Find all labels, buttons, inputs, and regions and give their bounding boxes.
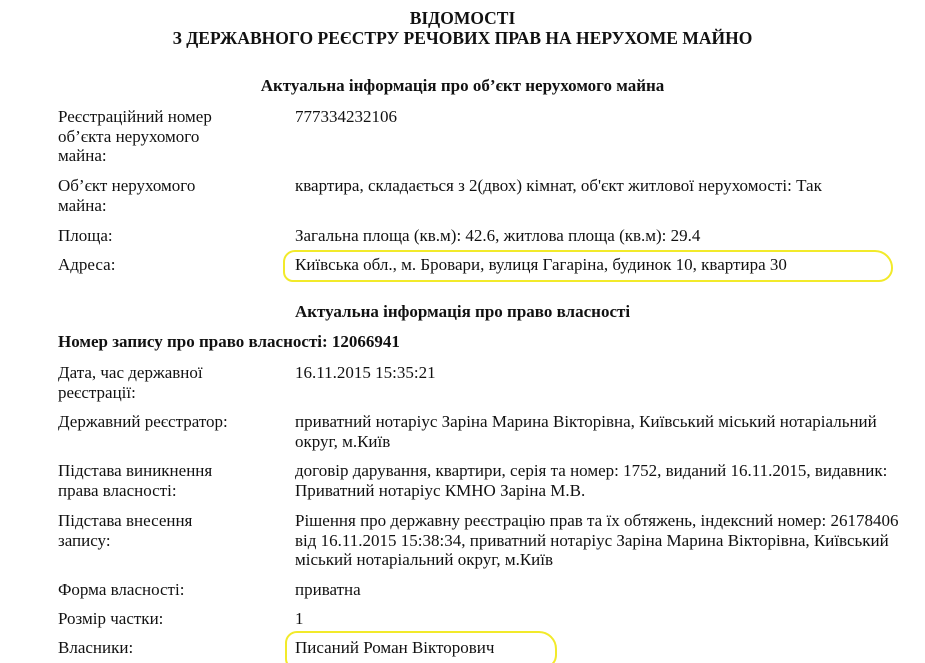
field-label: Реєстраційний номер об’єкта нерухомого м… xyxy=(58,107,248,166)
field-value: Загальна площа (кв.м): 42.6, житлова пло… xyxy=(295,226,905,246)
field-value: Писаний Роман Вікторович xyxy=(295,638,905,658)
field-label: Дата, час державної реєстрації: xyxy=(58,363,243,402)
object-section-heading: Актуальна інформація про об’єкт нерухомо… xyxy=(0,76,925,96)
field-label: Форма власності: xyxy=(58,580,278,600)
title-line-2: З ДЕРЖАВНОГО РЕЄСТРУ РЕЧОВИХ ПРАВ НА НЕР… xyxy=(0,28,925,48)
field-label: Площа: xyxy=(58,226,278,246)
ownership-record-number: Номер запису про право власності: 120669… xyxy=(58,332,400,352)
field-value: квартира, складається з 2(двох) кімнат, … xyxy=(295,176,905,196)
field-value: 16.11.2015 15:35:21 xyxy=(295,363,905,383)
field-label: Власники: xyxy=(58,638,278,658)
field-label: Підстава виникнення права власності: xyxy=(58,461,248,500)
field-value: приватний нотаріус Заріна Марина Вікторі… xyxy=(295,412,905,451)
field-value: приватна xyxy=(295,580,905,600)
field-value: договір дарування, квартири, серія та но… xyxy=(295,461,905,500)
field-value: 1 xyxy=(295,609,905,629)
field-value: 777334232106 xyxy=(295,107,905,127)
field-label: Державний реєстратор: xyxy=(58,412,278,432)
ownership-section-heading: Актуальна інформація про право власності xyxy=(0,302,925,322)
field-label: Об’єкт нерухомого майна: xyxy=(58,176,238,215)
field-value: Рішення про державну реєстрацію прав та … xyxy=(295,511,905,570)
field-label: Адреса: xyxy=(58,255,278,275)
title-line-1: ВІДОМОСТІ xyxy=(0,8,925,28)
field-label: Розмір частки: xyxy=(58,609,278,629)
field-label: Підстава внесення запису: xyxy=(58,511,228,550)
field-value: Київська обл., м. Бровари, вулиця Гагарі… xyxy=(295,255,905,275)
